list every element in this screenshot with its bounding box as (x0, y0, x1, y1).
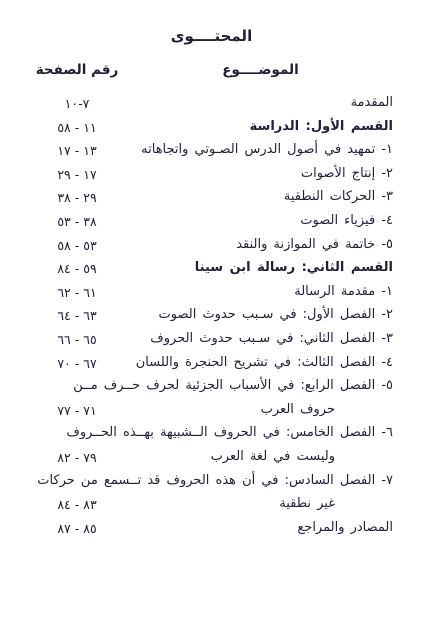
toc-line: ٥- الفصل الرابع: في الأسباب الجزئية لحرف… (26, 378, 393, 402)
toc-line: ٤- الفصل الثالث: في تشريح الحنجرة واللسا… (26, 355, 393, 379)
page-range: ٦١ - ٦٢ (26, 284, 128, 300)
page-range: ٥٩ - ٨٤ (26, 260, 128, 276)
toc-subject: القسم الأول: الدراسة (128, 119, 393, 134)
toc-subject: ٥- خاتمة في الموازنة والنقد (128, 237, 393, 252)
toc-line-introduction: المقدمة ٧-١٠ (26, 95, 393, 119)
toc-line: ١- مقدمة الرسالة ٦١ - ٦٢ (26, 284, 393, 308)
page-range: ٧٩ - ٨٢ (26, 449, 128, 465)
page-range: ٦٧ - ٧٠ (26, 355, 128, 371)
page-range: ٧١ - ٧٧ (26, 402, 128, 418)
column-header-subject: الموضــــوع (128, 62, 393, 78)
toc-line-part-two: القسم الثاني: رسالة ابن سينا ٥٩ - ٨٤ (26, 260, 393, 284)
page-range (26, 473, 128, 474)
toc-subject: ٣- الفصل الثاني: في سـبب حدوث الحروف (128, 331, 393, 346)
toc-subject: ٣- الحركات النطقية (128, 189, 393, 204)
toc-line-references: المصادر والمراجع ٨٥ - ٨٧ (26, 520, 393, 544)
page-range: ١٣ - ١٧ (26, 142, 128, 158)
toc-list: المقدمة ٧-١٠ القسم الأول: الدراسة ١١ - ٥… (26, 95, 393, 543)
toc-subject: القسم الثاني: رسالة ابن سينا (128, 260, 393, 275)
toc-subject: ٥- الفصل الرابع: في الأسباب الجزئية لحرف… (128, 378, 393, 393)
document-page: المحتــــوى الموضــــوع رقم الصفحة المقد… (0, 0, 423, 639)
toc-subject: ٢- الفصل الأول: في سـبب حدوث الصوت (128, 307, 393, 322)
toc-line: ٥- خاتمة في الموازنة والنقد ٥٣ - ٥٨ (26, 237, 393, 261)
toc-line: ٦- الفصل الخامس: في الحروف الــشبيهة بهـ… (26, 425, 393, 449)
page-title: المحتــــوى (0, 27, 423, 45)
toc-subject: ١- تمهيد في أصول الدرس الصـوتي واتجاهاته (128, 142, 393, 157)
toc-subject: ٤- الفصل الثالث: في تشريح الحنجرة واللسا… (128, 355, 393, 370)
page-range: ١٧ - ٢٩ (26, 166, 128, 182)
column-header-page-number: رقم الصفحة (26, 62, 128, 78)
toc-subject: حروف العرب (128, 402, 393, 417)
page-range: ٨٥ - ٨٧ (26, 520, 128, 536)
toc-line-continuation: حروف العرب ٧١ - ٧٧ (26, 402, 393, 426)
toc-line: ٢- الفصل الأول: في سـبب حدوث الصوت ٦٣ - … (26, 307, 393, 331)
page-range: ٦٣ - ٦٤ (26, 307, 128, 323)
toc-subject: ٦- الفصل الخامس: في الحروف الــشبيهة بهـ… (128, 425, 393, 440)
table-header: الموضــــوع رقم الصفحة (26, 62, 393, 78)
page-range: ٢٩ - ٣٨ (26, 189, 128, 205)
toc-line: ٣- الحركات النطقية ٢٩ - ٣٨ (26, 189, 393, 213)
toc-line-continuation: غير نطقية ٨٣ - ٨٤ (26, 496, 393, 520)
toc-subject: ٤- فيزياء الصوت (128, 213, 393, 228)
toc-subject: ١- مقدمة الرسالة (128, 284, 393, 299)
toc-line-continuation: وليست في لغة العرب ٧٩ - ٨٢ (26, 449, 393, 473)
toc-subject: المقدمة (128, 95, 393, 110)
page-range: ٥٣ - ٥٨ (26, 237, 128, 253)
toc-subject: ٢- إنتاج الأصوات (128, 166, 393, 181)
page-range: ٣٨ - ٥٣ (26, 213, 128, 229)
toc-line: ٤- فيزياء الصوت ٣٨ - ٥٣ (26, 213, 393, 237)
page-range: ٦٥ - ٦٦ (26, 331, 128, 347)
toc-line: ٢- إنتاج الأصوات ١٧ - ٢٩ (26, 166, 393, 190)
toc-line: ١- تمهيد في أصول الدرس الصـوتي واتجاهاته… (26, 142, 393, 166)
toc-line-part-one: القسم الأول: الدراسة ١١ - ٥٨ (26, 119, 393, 143)
toc-subject: المصادر والمراجع (128, 520, 393, 535)
toc-subject: وليست في لغة العرب (128, 449, 393, 464)
toc-line: ٣- الفصل الثاني: في سـبب حدوث الحروف ٦٥ … (26, 331, 393, 355)
page-range (26, 425, 128, 426)
page-range: ٧-١٠ (26, 95, 128, 111)
page-range: ١١ - ٥٨ (26, 119, 128, 135)
page-range (26, 378, 128, 379)
toc-line: ٧- الفصل السادس: في أن هذه الحروف قد تــ… (26, 473, 393, 497)
toc-subject: ٧- الفصل السادس: في أن هذه الحروف قد تــ… (128, 473, 393, 488)
toc-subject: غير نطقية (128, 496, 393, 511)
page-range: ٨٣ - ٨٤ (26, 496, 128, 512)
